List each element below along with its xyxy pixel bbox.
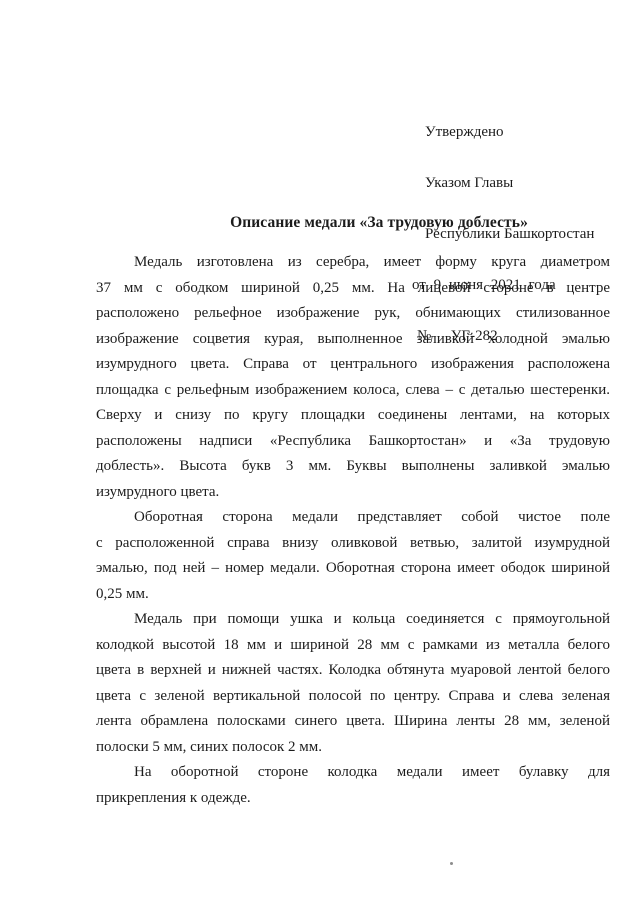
paragraph: Медаль при помощи ушка и кольца соединяе… bbox=[96, 607, 610, 760]
text-line: расположено рельефное изображение рук, о… bbox=[96, 301, 610, 327]
scanned-document-page: Утверждено Указом Главы Республики Башко… bbox=[0, 0, 640, 905]
approval-line: Утверждено bbox=[412, 124, 594, 141]
text-line: эмалью, под ней – номер медали. Оборотна… bbox=[96, 556, 610, 582]
text-line: прикрепления к одежде. bbox=[96, 786, 610, 812]
text-line: Медаль изготовлена из серебра, имеет фор… bbox=[96, 250, 610, 276]
text-line: расположены надписи «Республика Башкорто… bbox=[96, 429, 610, 455]
text-line: колодкой высотой 18 мм и шириной 28 мм с… bbox=[96, 633, 610, 659]
text-line: доблесть». Высота букв 3 мм. Буквы выпол… bbox=[96, 454, 610, 480]
text-line: площадка с рельефным изображением колоса… bbox=[96, 378, 610, 404]
text-line: лента обрамлена полосками синего цвета. … bbox=[96, 709, 610, 735]
text-line: Медаль при помощи ушка и кольца соединяе… bbox=[96, 607, 610, 633]
paragraph: На оборотной стороне колодка медали имее… bbox=[96, 760, 610, 811]
text-line: Сверху и снизу по кругу площадки соедине… bbox=[96, 403, 610, 429]
document-title: Описание медали «За трудовую доблесть» bbox=[96, 214, 636, 232]
text-line: 37 мм с ободком шириной 0,25 мм. На лице… bbox=[96, 276, 610, 302]
text-line: изображение соцветия курая, выполненное … bbox=[96, 327, 610, 353]
text-line: полоски 5 мм, синих полосок 2 мм. bbox=[96, 735, 610, 761]
paragraph: Оборотная сторона медали представляет со… bbox=[96, 505, 610, 607]
text-line: На оборотной стороне колодка медали имее… bbox=[96, 760, 610, 786]
document-body: Медаль изготовлена из серебра, имеет фор… bbox=[96, 250, 610, 811]
text-line: с расположенной справа внизу оливковой в… bbox=[96, 531, 610, 557]
text-line: изумрудного цвета. Справа от центральног… bbox=[96, 352, 610, 378]
text-line: изумрудного цвета. bbox=[96, 480, 610, 506]
text-line: Оборотная сторона медали представляет со… bbox=[96, 505, 610, 531]
scan-speck bbox=[450, 862, 453, 865]
text-line: цвета с зеленой вертикальной полосой по … bbox=[96, 684, 610, 710]
approval-line: Указом Главы bbox=[412, 175, 594, 192]
paragraph: Медаль изготовлена из серебра, имеет фор… bbox=[96, 250, 610, 505]
text-line: 0,25 мм. bbox=[96, 582, 610, 608]
text-line: цвета в верхней и нижней частях. Колодка… bbox=[96, 658, 610, 684]
